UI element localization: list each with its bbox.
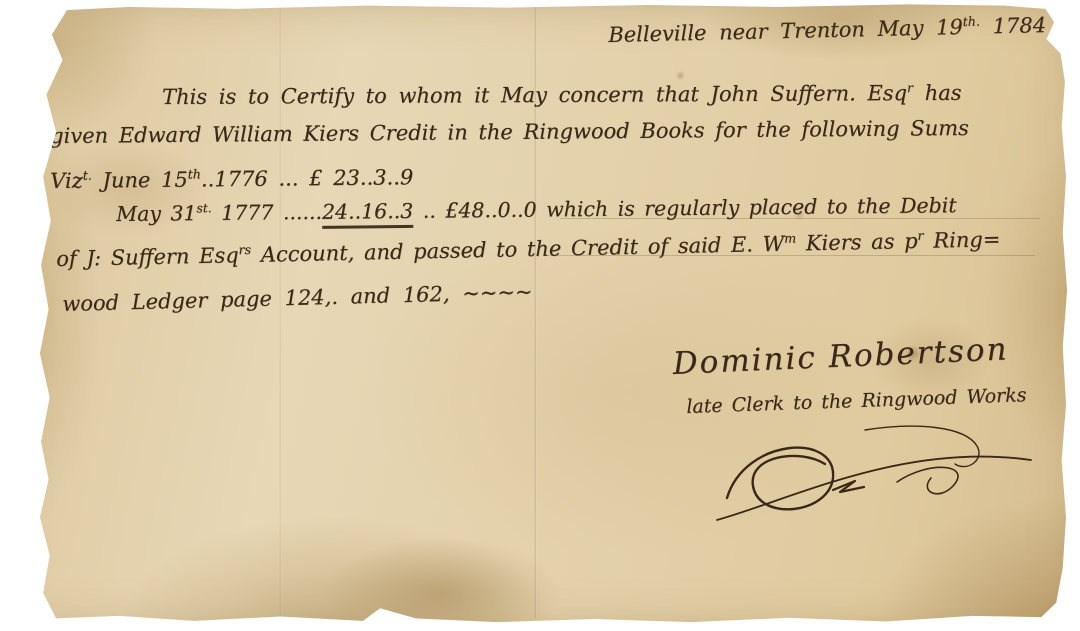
- body-line-6: wood Ledger page 124,. and 162, ~~~~: [62, 280, 533, 316]
- body-line-2: given Edward William Kiers Credit in the…: [50, 116, 969, 148]
- body-line-3: Vizt. June 15th..1776 ... £ 23..3..9: [50, 164, 413, 193]
- signature-name: Dominic Robertson: [672, 331, 1009, 382]
- paper-sheet: Belleville near Trenton May 19th. 1784 T…: [0, 0, 1080, 631]
- dateline: Belleville near Trenton May 19th. 1784: [608, 12, 1046, 47]
- document-scan: Belleville near Trenton May 19th. 1784 T…: [0, 0, 1080, 631]
- signature-title: late Clerk to the Ringwood Works: [686, 384, 1027, 418]
- body-line-5: of J: Suffern Esqrs Account, and passed …: [56, 226, 1001, 271]
- signature-flourish-icon: [715, 420, 1035, 535]
- body-line-1: This is to Certify to whom it May concer…: [162, 80, 962, 109]
- body-line-4: May 31st. 1777 ......24..16..3 .. £48..0…: [116, 193, 957, 226]
